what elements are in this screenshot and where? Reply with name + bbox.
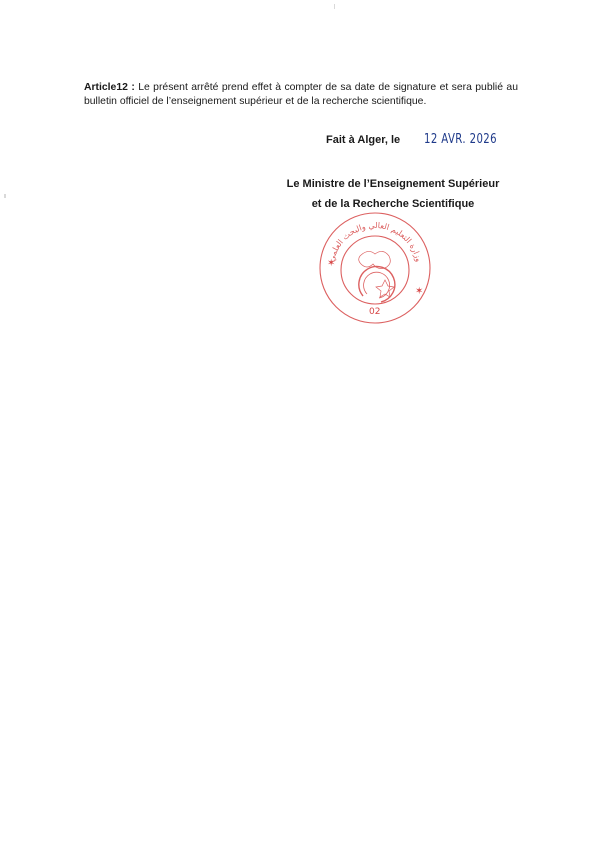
- svg-text:وزارة التعليم العالي والبحث ال: وزارة التعليم العالي والبحث العلمي: [327, 221, 423, 263]
- document-page: Article12 : Le présent arrêté prend effe…: [0, 0, 601, 850]
- article-12: Article12 : Le présent arrêté prend effe…: [84, 81, 518, 109]
- date-stamp: 12 AVR. 2026: [424, 132, 497, 147]
- svg-text:02: 02: [369, 307, 380, 317]
- article-text: Le présent arrêté prend effet à compter …: [84, 82, 518, 107]
- svg-text:✶: ✶: [415, 286, 423, 297]
- scan-speck: [4, 194, 6, 198]
- scan-speck: [334, 4, 335, 9]
- minister-title-line1: Le Ministre de l’Enseignement Supérieur: [278, 174, 508, 194]
- article-label: Article12 :: [84, 82, 135, 93]
- place-and-date-label: Fait à Alger, le: [326, 134, 400, 146]
- svg-text:✶: ✶: [327, 258, 335, 269]
- official-seal-icon: وزارة التعليم العالي والبحث العلمي ✶ ✶ 0…: [315, 208, 435, 328]
